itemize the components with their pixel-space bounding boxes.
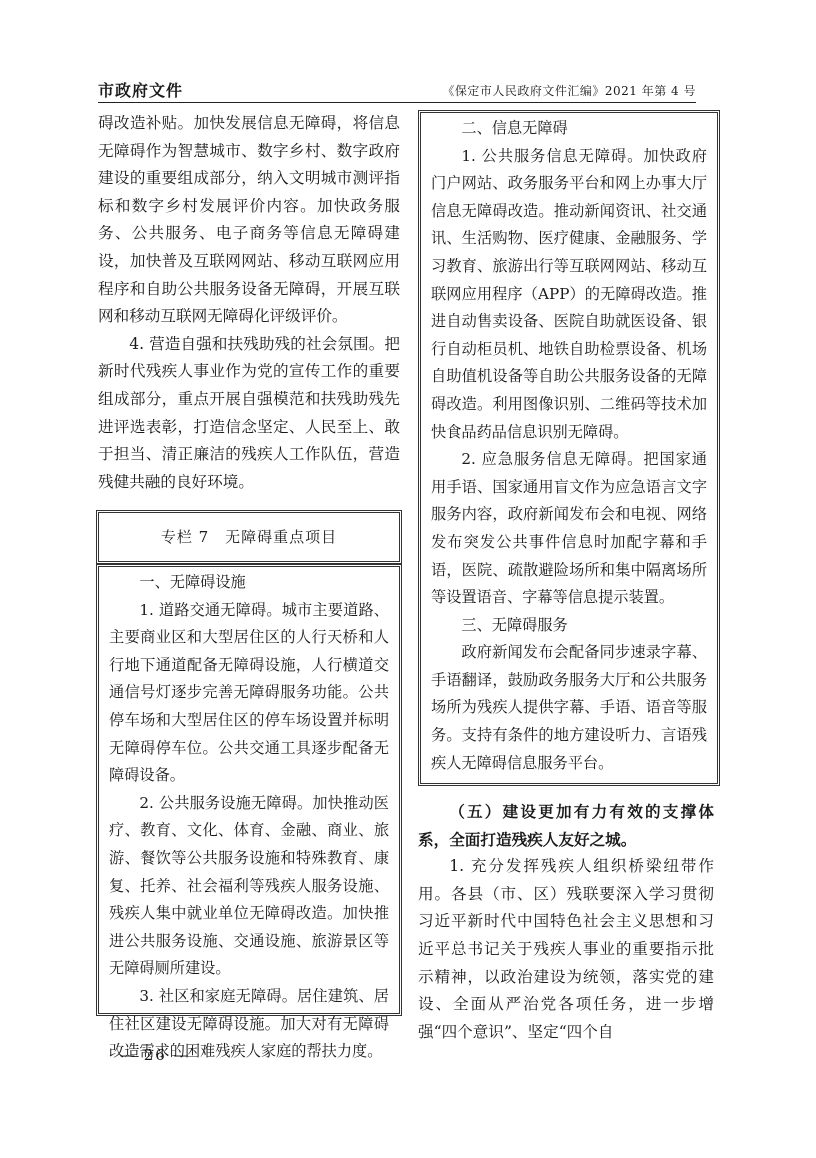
section-heading: 三、无障碍服务: [431, 612, 707, 640]
right-column-text: （五）建设更加有力有效的支撑体系，全面打造残疾人友好之城。 1. 充分发挥残疾人…: [418, 798, 714, 1046]
section-heading: （五）建设更加有力有效的支撑体系，全面打造残疾人友好之城。: [418, 798, 714, 853]
list-item: 2. 公共服务设施无障碍。加快推动医疗、教育、文化、体育、金融、商业、旅游、餐饮…: [109, 790, 389, 983]
list-item: 政府新闻发布会配备同步速录字幕、手语翻译，鼓励政务服务大厅和公共服务场所为残疾人…: [431, 639, 707, 777]
paragraph: 4. 营造自强和扶残助残的社会氛围。把新时代残疾人事业作为党的宣传工作的重要组成…: [98, 331, 400, 497]
list-item: 2. 应急服务信息无障碍。把国家通用手语、国家通用盲文作为应急语言文字服务内容，…: [431, 446, 707, 612]
page-header: 市政府文件 《保定市人民政府文件汇编》2021 年第 4 号: [98, 76, 696, 103]
header-publication-title: 《保定市人民政府文件汇编》2021 年第 4 号: [442, 82, 696, 99]
column-box-section-1: 一、无障碍设施 1. 道路交通无障碍。城市主要道路、主要商业区和大型居住区的人行…: [96, 564, 402, 1016]
column-box-title: 专栏 7 无障碍重点项目: [96, 510, 402, 564]
page-number: — 26 —: [120, 1046, 191, 1064]
list-item: 1. 公共服务信息无障碍。加快政府门户网站、政务服务平台和网上办事大厅信息无障碍…: [431, 143, 707, 447]
section-heading: 一、无障碍设施: [109, 569, 389, 597]
paragraph: 碍改造补贴。加快发展信息无障碍，将信息无障碍作为智慧城市、数字乡村、数字政府建设…: [98, 110, 400, 331]
header-section-title: 市政府文件: [98, 78, 183, 101]
paragraph: 1. 充分发挥残疾人组织桥梁纽带作用。各县（市、区）残联要深入学习贯彻习近平新时…: [418, 853, 714, 1046]
column-box-section-2-3: 二、信息无障碍 1. 公共服务信息无障碍。加快政府门户网站、政务服务平台和网上办…: [418, 110, 720, 786]
list-item: 1. 道路交通无障碍。城市主要道路、主要商业区和大型居住区的人行天桥和人行地下通…: [109, 597, 389, 790]
section-heading: 二、信息无障碍: [431, 115, 707, 143]
left-column-text: 碍改造补贴。加快发展信息无障碍，将信息无障碍作为智慧城市、数字乡村、数字政府建设…: [98, 110, 400, 496]
